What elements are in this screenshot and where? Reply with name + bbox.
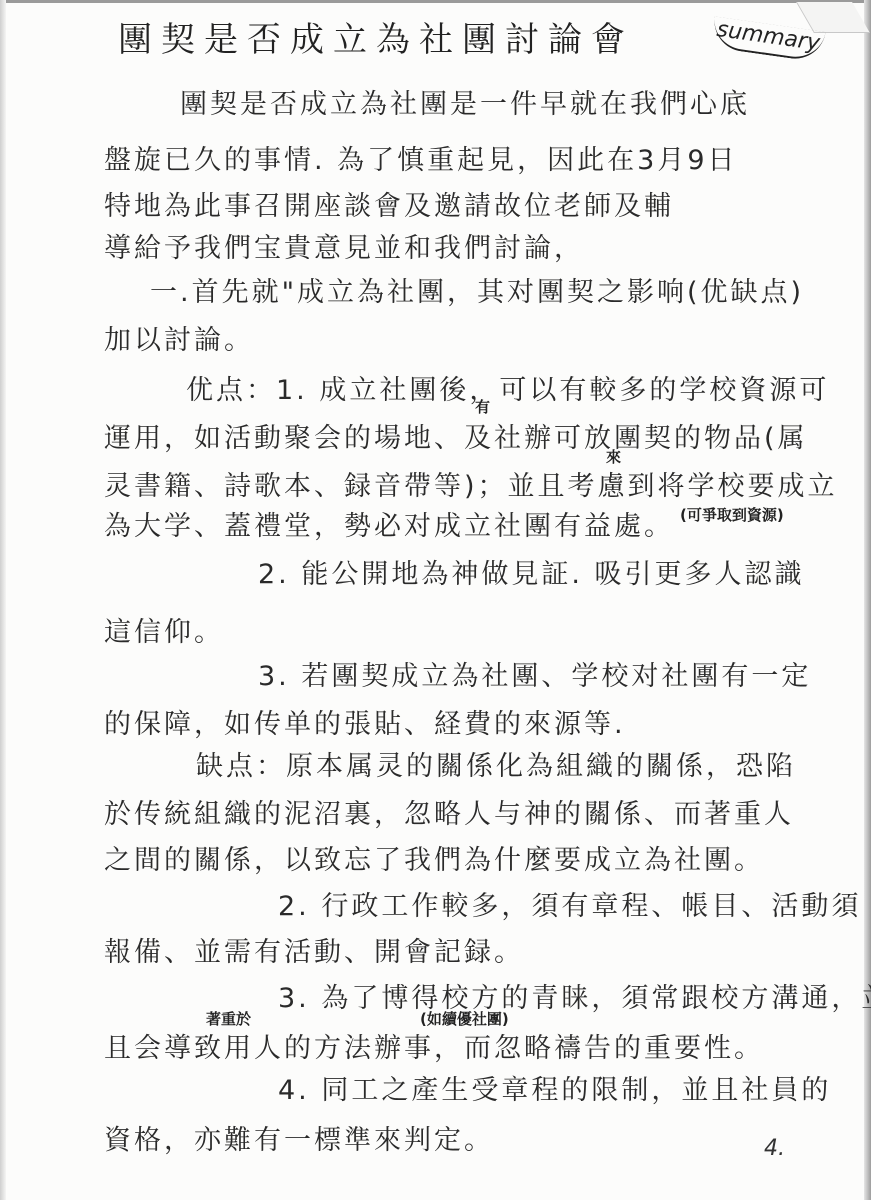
disadvantage-line-5: 報備、並需有活動、開會記録。 <box>104 930 524 969</box>
advantage-line-7: 3. 若團契成立為社團、学校对社團有一定 <box>258 654 811 693</box>
disadvantage-line-2: 於传統組織的泥沼裏，忽略人与神的關係、而著重人 <box>104 792 794 831</box>
intro-line-4: 導給予我們宝貴意見並和我們討論， <box>104 226 584 265</box>
insert-note-you: 有 <box>475 396 490 417</box>
section-one-line-2: 加以討論。 <box>104 318 254 357</box>
intro-line-1: 團契是否成立為社團是一件早就在我們心底 <box>180 82 750 121</box>
advantage-line-2: 運用，如活動聚会的場地、及社辦可放團契的物品(属 <box>104 416 808 455</box>
folded-corner <box>796 2 870 33</box>
disadvantage-line-3: 之間的關係，以致忘了我們為什麼要成立為社團。 <box>104 838 764 877</box>
disadvantage-line-9: 資格，亦難有一標準來判定。 <box>104 1118 494 1157</box>
scanned-page: 團契是否成立為社團討論會 summary 團契是否成立為社團是一件早就在我們心底… <box>0 0 871 1200</box>
disadvantage-line-6: 3. 為了博得校方的青睐，須常跟校方溝通，並 <box>278 976 871 1015</box>
advantage-line-4: 為大学、蓋禮堂，勢必对成立社團有益處。 <box>104 504 674 543</box>
advantage-line-5: 2. 能公開地為神做見証. 吸引更多人認識 <box>258 552 805 591</box>
section-one-line-1: 一.首先就"成立為社團，其对團契之影响(优缺点) <box>150 270 804 309</box>
intro-line-3: 特地為此事召開座談會及邀請故位老師及輔 <box>104 184 674 223</box>
page-title: 團契是否成立為社團討論會 <box>118 12 634 61</box>
disadvantage-line-4: 2. 行政工作較多，須有章程、帳目、活動須 <box>278 884 861 923</box>
disadvantage-line-8: 4. 同工之產生受章程的限制，並且社員的 <box>278 1068 831 1107</box>
page-number: 4. <box>764 1136 785 1161</box>
resource-note: (可爭取到資源) <box>680 504 784 525</box>
advantage-line-6: 這信仰。 <box>104 610 224 649</box>
page-edge-right <box>864 0 871 1200</box>
disadvantage-line-1: 缺点：原本属灵的關係化為組織的關係，恐陷 <box>196 744 796 783</box>
page-edge-left <box>0 0 6 1200</box>
advantage-line-1: 优点：1. 成立社團後，可以有較多的学校資源可 <box>186 368 829 407</box>
intro-line-2: 盤旋已久的事情. 為了慎重起見，因此在3月9日 <box>104 138 738 177</box>
disadvantage-line-7: 且会導致用人的方法辦事，而忽略禱告的重要性。 <box>104 1026 764 1065</box>
advantage-line-3: 灵書籍、詩歌本、録音帶等)；並且考慮到将学校要成立 <box>104 464 838 503</box>
page-edge-top <box>0 0 871 3</box>
advantage-line-8: 的保障，如传单的張貼、経費的來源等. <box>104 702 626 741</box>
